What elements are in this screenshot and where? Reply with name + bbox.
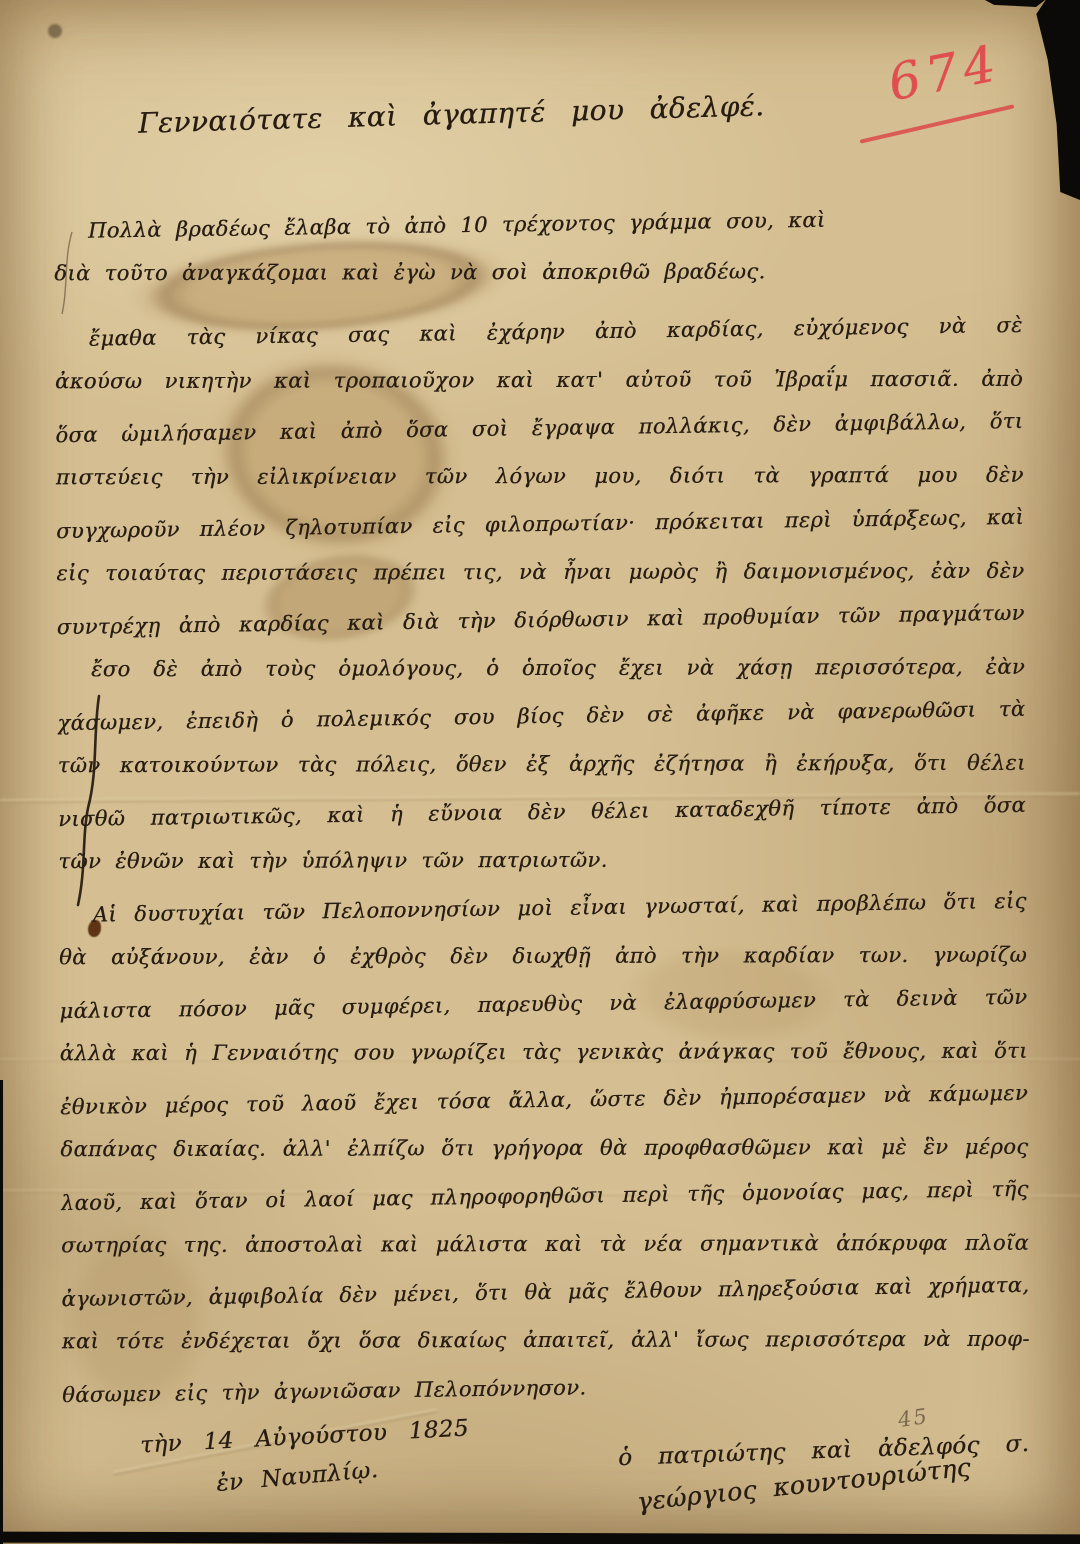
letter-line: συγχωροῦν πλέον ζηλοτυπίαν εἰς φιλοπρωτί… (56, 493, 1025, 555)
letter-line: καὶ τότε ἐνδέχεται ὄχι ὅσα δικαίως ἀπαιτ… (62, 1315, 1030, 1366)
letter-line: ἔσο δὲ ἀπὸ τοὺς ὁμολόγους, ὁ ὁποῖος ἔχει… (57, 643, 1025, 694)
letter-line: ἐθνικὸν μέρος τοῦ λαοῦ ἔχει τόσα ἄλλα, ὥ… (60, 1069, 1029, 1131)
letter-line: χάσωμεν, ἐπειδὴ ὁ πολεμικός σου βίος δὲν… (57, 685, 1026, 747)
letter-line: πιστεύεις τὴν εἰλικρίνειαν τῶν λόγων μου… (56, 451, 1024, 502)
pencil-note: 45 (896, 1404, 930, 1432)
torn-edge-notch (985, 0, 1045, 7)
letter-paper: 674 Γενναιότατε καὶ ἀγαπητέ μου ἀδελφέ. … (0, 0, 1080, 1544)
letter-line: Αἱ δυστυχίαι τῶν Πελοποννησίων μοὶ εἶναι… (58, 877, 1027, 939)
letter-line: εἰς τοιαύτας περιστάσεις πρέπει τις, νὰ … (56, 547, 1024, 598)
archive-number: 674 (884, 34, 1006, 113)
letter-line: διὰ τοῦτο ἀναγκάζομαι καὶ ἐγὼ νὰ σοὶ ἀπο… (54, 247, 1022, 298)
letter-line: τῶν κατοικούντων τὰς πόλεις, ὅθεν ἐξ ἀρχ… (58, 739, 1026, 790)
scan-edge-bottom (0, 1532, 1080, 1544)
letter-line: ἀγωνιστῶν, ἀμφιβολία δὲν μένει, ὅτι θὰ μ… (61, 1261, 1030, 1323)
letter-body: Πολλὰ βραδέως ἔλαβα τὸ ἀπὸ 10 τρέχοντος … (54, 197, 1030, 1416)
letter-line: ἀλλὰ καὶ ἡ Γενναιότης σου γνωρίζει τὰς γ… (60, 1027, 1028, 1078)
letter-line: δαπάνας δικαίας. ἀλλ' ἐλπίζω ὅτι γρήγορα… (60, 1123, 1028, 1174)
letter-line: νισθῶ πατριωτικῶς, καὶ ἡ εὔνοια δὲν θέλε… (58, 781, 1027, 843)
letter-line: Πολλὰ βραδέως ἔλαβα τὸ ἀπὸ 10 τρέχοντος … (54, 193, 1023, 255)
letter-line: τῶν ἐθνῶν καὶ τὴν ὑπόληψιν τῶν πατριωτῶν… (58, 835, 1026, 886)
torn-corner (1028, 0, 1080, 200)
salutation: Γενναιότατε καὶ ἀγαπητέ μου ἀδελφέ. (138, 89, 765, 139)
paper-speck (48, 24, 62, 38)
scanned-letter-page: { "letter": { "archive_number": "674", "… (0, 0, 1080, 1544)
date-line: τὴν 14 Αὐγούστου 1825 (140, 1415, 470, 1458)
letter-line: ἔμαθα τὰς νίκας σας καὶ ἐχάρην ἀπὸ καρδί… (54, 301, 1023, 363)
archive-number-underline (860, 104, 1015, 143)
letter-line: σωτηρίας της. ἀποστολαὶ καὶ μάλιστα καὶ … (61, 1219, 1029, 1270)
scan-edge-left (0, 1080, 3, 1544)
letter-line: θάσωμεν εἰς τὴν ἀγωνιῶσαν Πελοπόννησον. (62, 1357, 1031, 1419)
letter-line: λαοῦ, καὶ ὅταν οἱ λαοί μας πληροφορηθῶσι… (60, 1165, 1029, 1227)
letter-line: ὅσα ὡμιλήσαμεν καὶ ἀπὸ ὅσα σοὶ ἔγραψα πο… (55, 397, 1024, 459)
letter-line: μάλιστα πόσον μᾶς συμφέρει, παρευθὺς νὰ … (59, 973, 1028, 1035)
letter-line: ἀκούσω νικητὴν καὶ τροπαιοῦχον καὶ κατ' … (55, 355, 1023, 406)
letter-line: θὰ αὐξάνουν, ἐὰν ὁ ἐχθρὸς δὲν διωχθῇ ἀπὸ… (59, 931, 1027, 982)
place-line: ἐν Ναυπλίῳ. (215, 1457, 379, 1497)
letter-line: συντρέχῃ ἀπὸ καρδίας καὶ διὰ τὴν διόρθωσ… (56, 589, 1025, 651)
